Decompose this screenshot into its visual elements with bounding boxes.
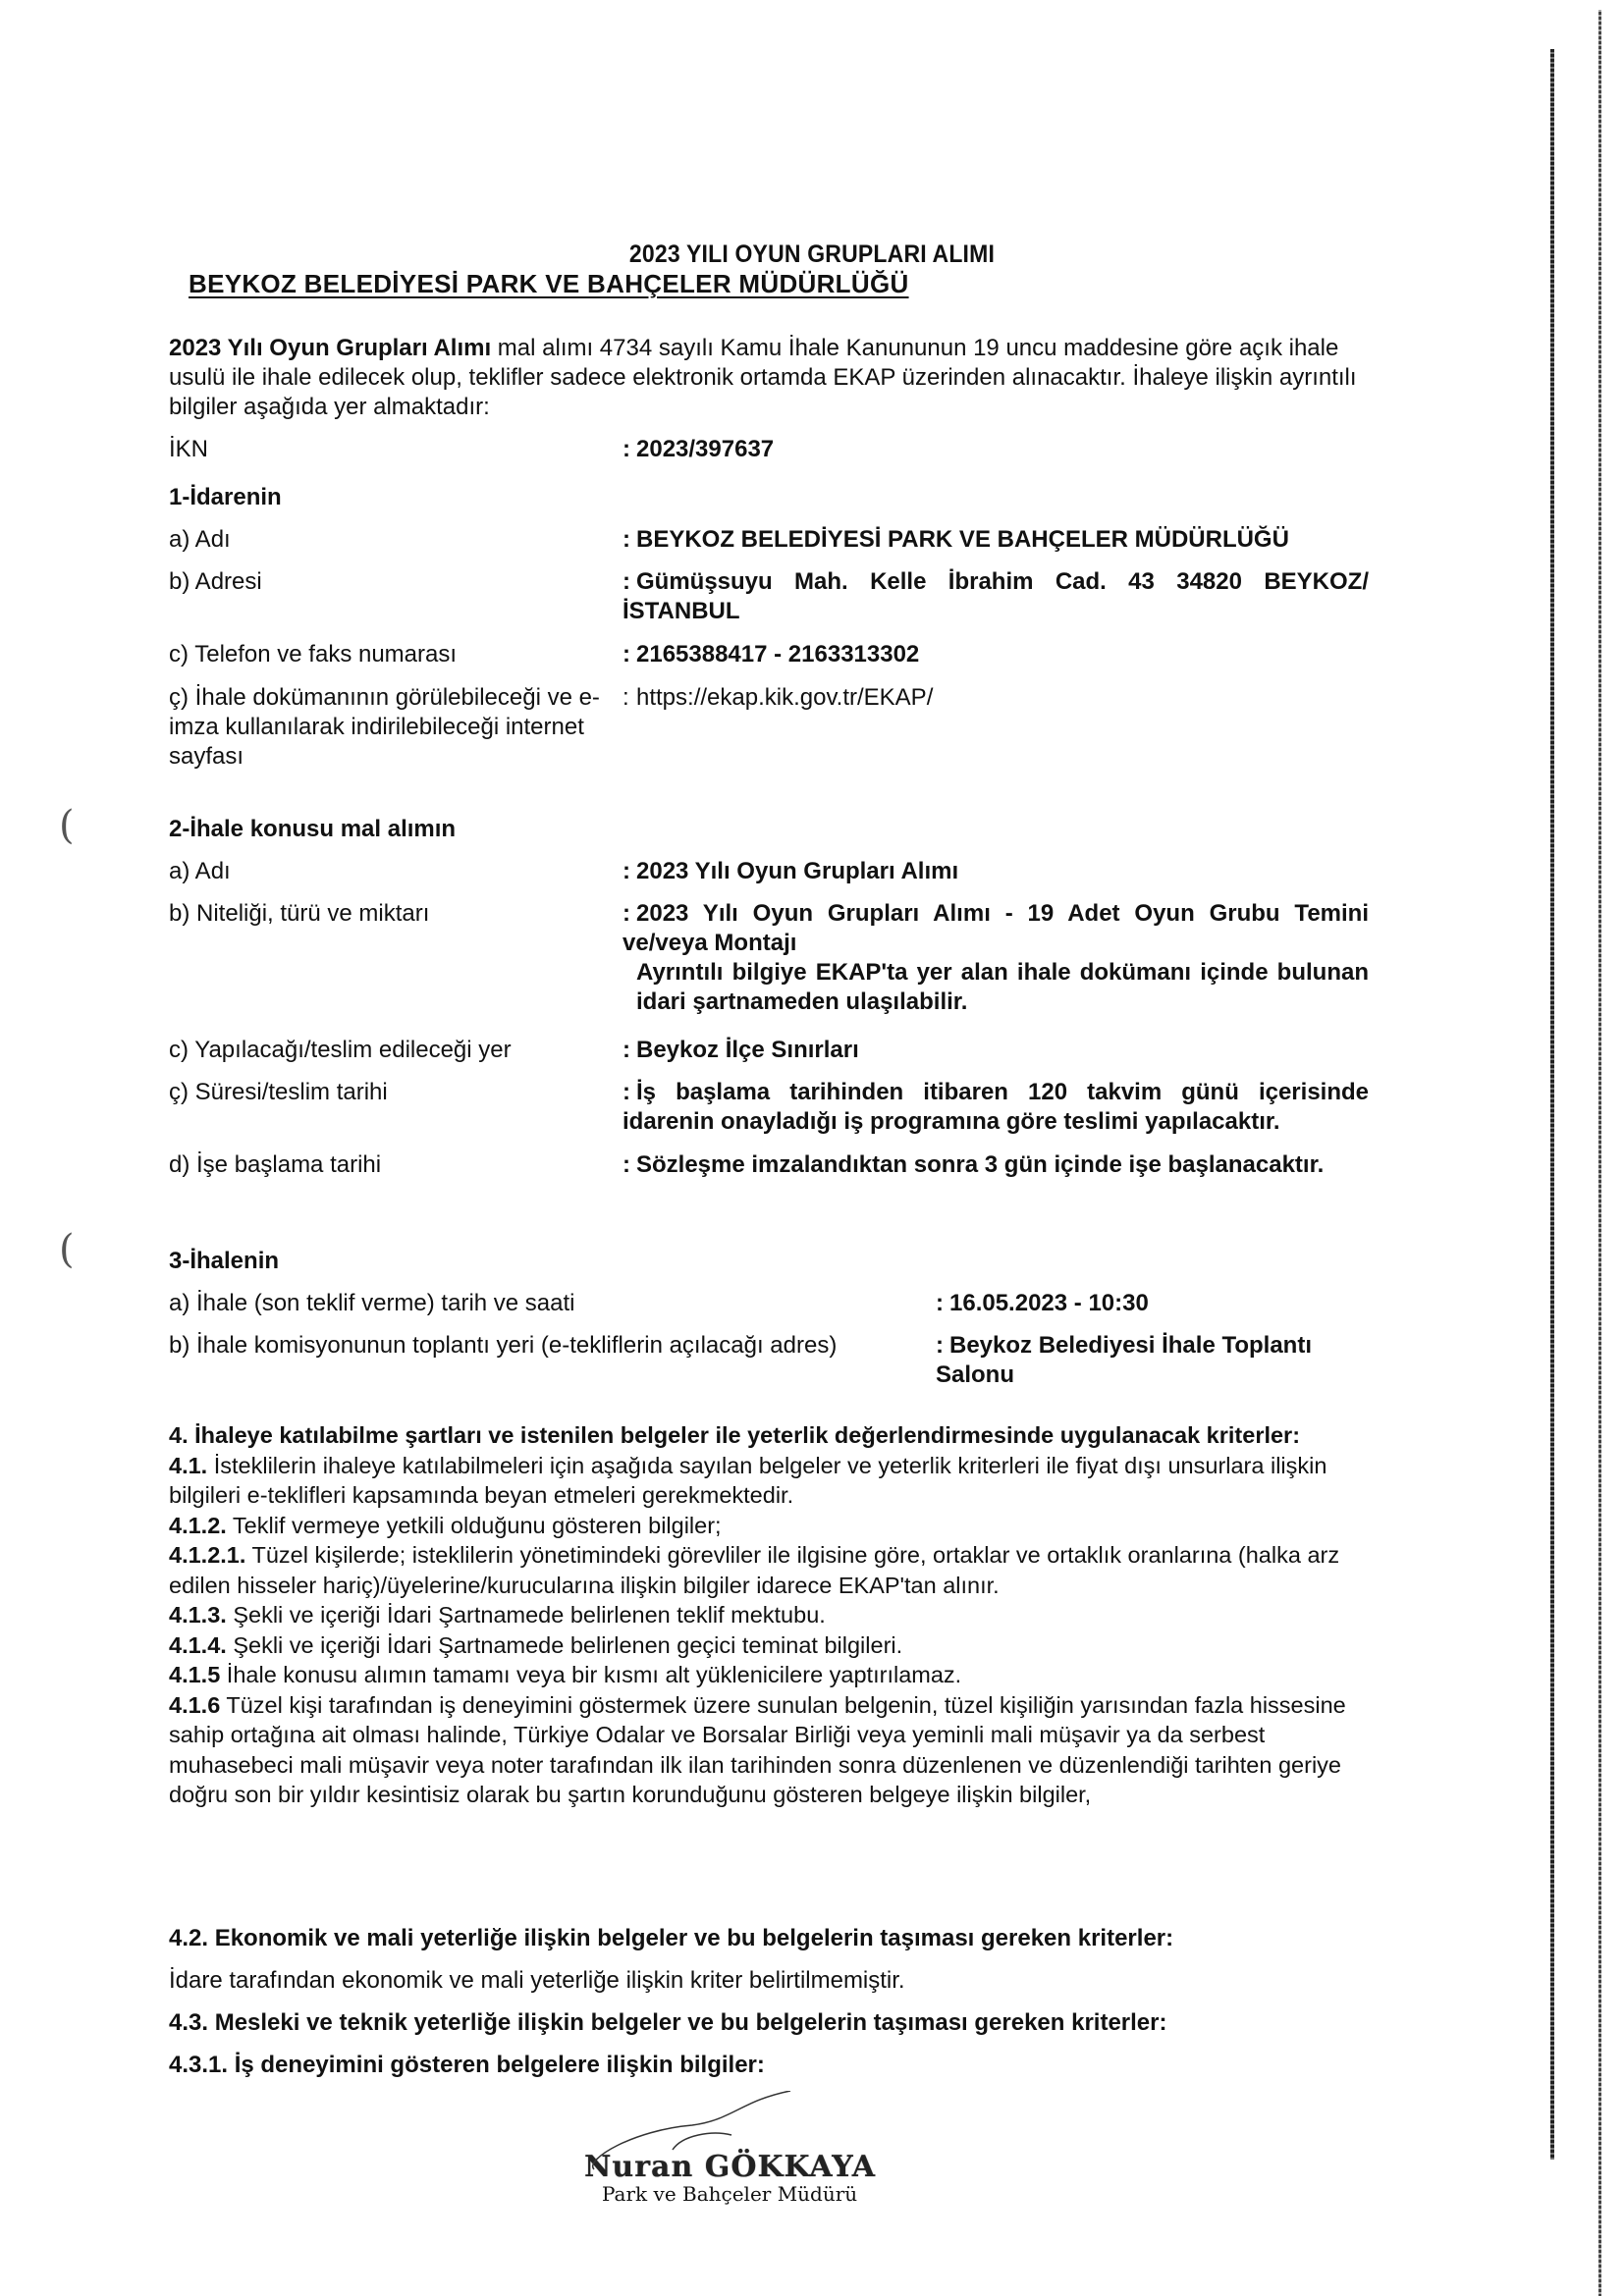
- section1-value-phone: :2165388417 - 2163313302: [623, 640, 1369, 669]
- ekap-link[interactable]: https://ekap.kik.gov.tr/EKAP/: [636, 684, 933, 711]
- section4-heading: 4. İhaleye katılabilme şartları ve isten…: [169, 1420, 1386, 1451]
- signature-scribble-icon: [574, 2091, 830, 2179]
- intro-subject: 2023 Yılı Oyun Grupları Alımı: [169, 335, 491, 361]
- section43-heading: 4.3. Mesleki ve teknik yeterliğe ilişkin…: [169, 2008, 1406, 2038]
- section1-label-name: a) Adı: [169, 525, 621, 555]
- section1-value-address: :Gümüşsuyu Mah. Kelle İbrahim Cad. 43 34…: [623, 567, 1369, 626]
- section1-label-address: b) Adresi: [169, 567, 621, 597]
- scan-edge-line: [1598, 10, 1601, 2296]
- section3-label-datetime: a) İhale (son teklif verme) tarih ve saa…: [169, 1289, 905, 1318]
- section2-value-location: :Beykoz İlçe Sınırları: [623, 1036, 1369, 1065]
- section42-text: İdare tarafından ekonomik ve mali yeterl…: [169, 1966, 1406, 1996]
- signature-block: Nuran GÖKKAYA Park ve Bahçeler Müdürü: [584, 2150, 876, 2206]
- criteria-item: 4.1.2.1. Tüzel kişilerde; isteklilerin y…: [169, 1540, 1386, 1600]
- criteria-item: 4.1.2. Teklif vermeye yetkili olduğunu g…: [169, 1511, 1386, 1541]
- document-title: 2023 YILI OYUN GRUPLARI ALIMI: [65, 240, 1559, 269]
- ikn-value: :2023/397637: [623, 435, 1369, 464]
- section2-heading: 2-İhale konusu mal alımın: [169, 815, 456, 844]
- section2-value-nature: :2023 Yılı Oyun Grupları Alımı - 19 Adet…: [623, 899, 1369, 1017]
- section1-label-website: ç) İhale dokümanının görülebileceği ve e…: [169, 683, 616, 772]
- authority-heading: BEYKOZ BELEDİYESİ PARK VE BAHÇELER MÜDÜR…: [189, 269, 909, 299]
- section3-value-datetime: :16.05.2023 - 10:30: [936, 1289, 1378, 1318]
- scan-edge-line: [1550, 49, 1554, 2160]
- section2-label-name: a) Adı: [169, 857, 621, 886]
- section2-label-nature: b) Niteliği, türü ve miktarı: [169, 899, 621, 929]
- section431-heading: 4.3.1. İş deneyimini gösteren belgelere …: [169, 2051, 1406, 2080]
- section4-criteria: 4. İhaleye katılabilme şartları ve isten…: [169, 1420, 1386, 1810]
- section42-heading: 4.2. Ekonomik ve mali yeterliğe ilişkin …: [169, 1924, 1406, 1953]
- section1-heading: 1-İdarenin: [169, 483, 282, 512]
- criteria-item: 4.1.6 Tüzel kişi tarafından iş deneyimin…: [169, 1690, 1386, 1810]
- criteria-item: 4.1.4. Şekli ve içeriği İdari Şartnamede…: [169, 1630, 1386, 1661]
- criteria-item: 4.1.5 İhale konusu alımın tamamı veya bi…: [169, 1660, 1386, 1690]
- section1-value-name: :BEYKOZ BELEDİYESİ PARK VE BAHÇELER MÜDÜ…: [623, 525, 1369, 555]
- intro-paragraph: 2023 Yılı Oyun Grupları Alımı mal alımı …: [169, 334, 1377, 422]
- section2-label-start: d) İşe başlama tarihi: [169, 1150, 621, 1180]
- section3-heading: 3-İhalenin: [169, 1247, 279, 1276]
- section2-label-location: c) Yapılacağı/teslim edileceği yer: [169, 1036, 621, 1065]
- ikn-label: İKN: [169, 435, 621, 464]
- criteria-item: 4.1.3. Şekli ve içeriği İdari Şartnamede…: [169, 1600, 1386, 1630]
- section2-value-start: :Sözleşme imzalandıktan sonra 3 gün için…: [623, 1150, 1369, 1180]
- signatory-title: Park ve Bahçeler Müdürü: [602, 2182, 876, 2206]
- section3-value-venue: :Beykoz Belediyesi İhale Toplantı Salonu: [936, 1331, 1378, 1390]
- criteria-item: 4.1. İsteklilerin ihaleye katılabilmeler…: [169, 1451, 1386, 1511]
- section2-value-duration: :İş başlama tarihinden itibaren 120 takv…: [623, 1078, 1369, 1137]
- document-page: ( ( 2023 YILI OYUN GRUPLARI ALIMI BEYKOZ…: [0, 0, 1624, 2296]
- scan-mark: (: [59, 1227, 75, 1272]
- section2-value-name: :2023 Yılı Oyun Grupları Alımı: [623, 857, 1369, 886]
- section1-value-website: :https://ekap.kik.gov.tr/EKAP/: [623, 683, 1369, 713]
- section1-label-phone: c) Telefon ve faks numarası: [169, 640, 621, 669]
- section3-label-venue: b) İhale komisyonunun toplantı yeri (e-t…: [169, 1331, 945, 1361]
- scan-mark: (: [59, 803, 75, 848]
- section2-label-duration: ç) Süresi/teslim tarihi: [169, 1078, 621, 1107]
